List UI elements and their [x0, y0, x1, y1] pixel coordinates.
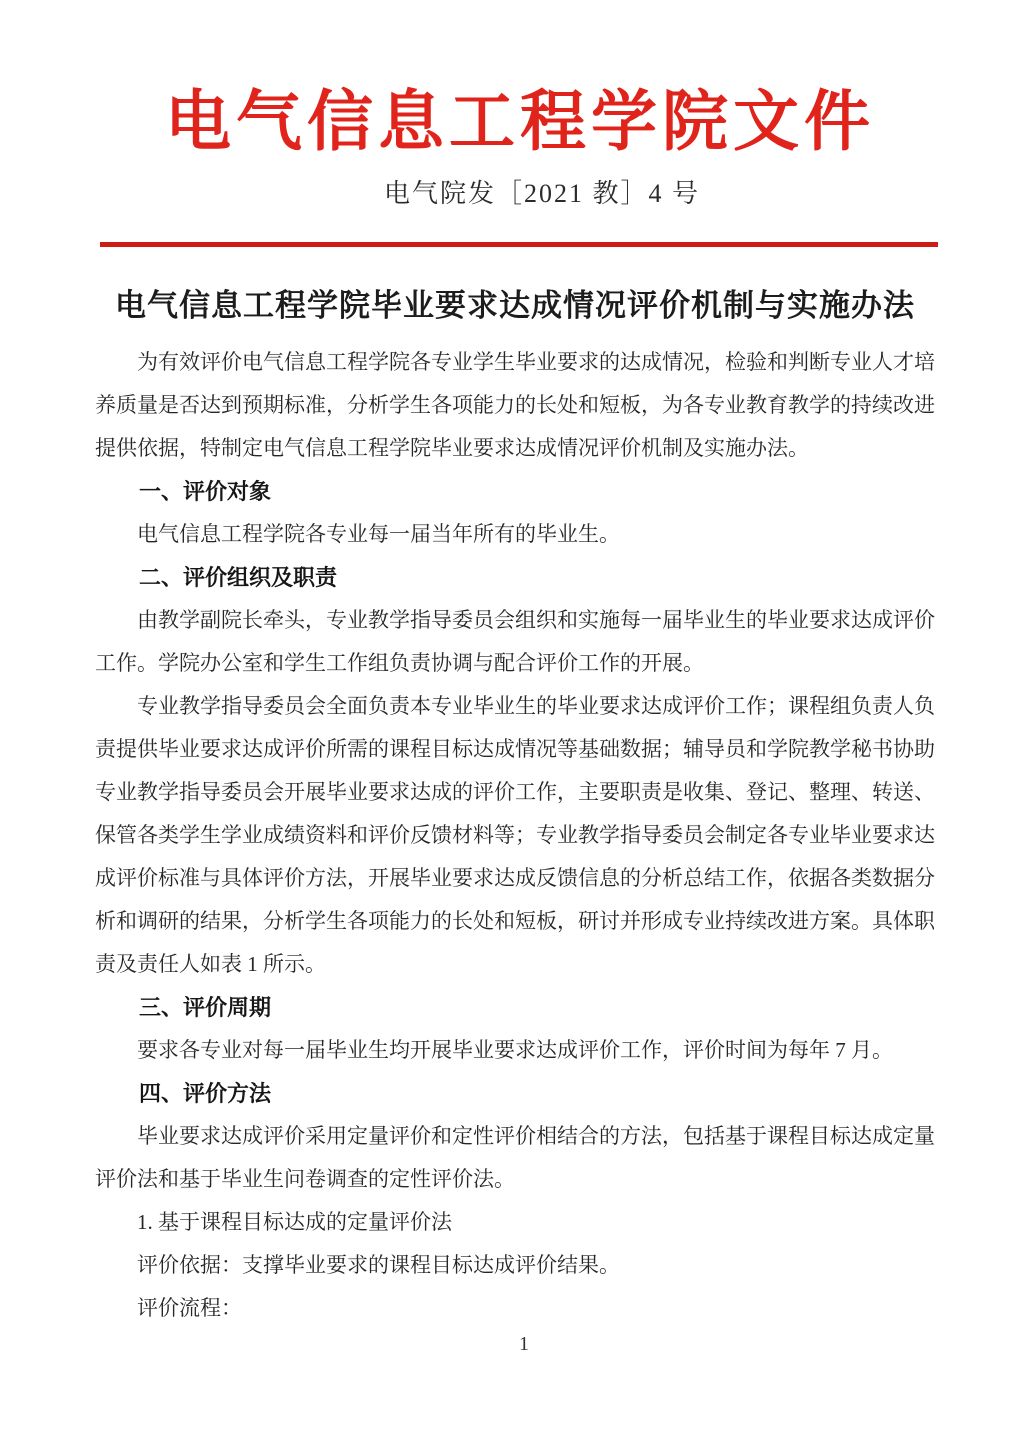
body-paragraph: 评价依据：支撑毕业要求的课程目标达成评价结果。 [95, 1244, 935, 1287]
section-heading: 四、评价方法 [95, 1072, 935, 1115]
body-paragraph: 电气信息工程学院各专业每一届当年所有的毕业生。 [95, 513, 935, 556]
document-number: 电气院发［2021 教］4 号 [30, 176, 1024, 212]
page-title: 电气信息工程学院毕业要求达成情况评价机制与实施办法 [62, 285, 968, 327]
header-divider-rule [100, 242, 938, 247]
document-header: 电气信息工程学院文件 电气院发［2021 教］4 号 [0, 0, 1024, 247]
document-page: 电气信息工程学院文件 电气院发［2021 教］4 号 电气信息工程学院毕业要求达… [0, 0, 1024, 1447]
page-number: 1 [0, 1330, 1024, 1358]
body-paragraph: 毕业要求达成评价采用定量评价和定性评价相结合的方法，包括基于课程目标达成定量评价… [95, 1115, 935, 1201]
body-paragraph: 评价流程： [95, 1287, 935, 1330]
section-heading: 二、评价组织及职责 [95, 556, 935, 599]
section-heading: 一、评价对象 [95, 470, 935, 513]
section-heading: 三、评价周期 [95, 986, 935, 1029]
document-header-title: 电气信息工程学院文件 [8, 82, 1024, 164]
body-paragraph: 要求各专业对每一届毕业生均开展毕业要求达成评价工作，评价时间为每年 7 月。 [95, 1029, 935, 1072]
body-paragraph: 1. 基于课程目标达成的定量评价法 [95, 1201, 935, 1244]
document-body: 为有效评价电气信息工程学院各专业学生毕业要求的达成情况，检验和判断专业人才培养质… [95, 341, 935, 1330]
body-paragraph: 专业教学指导委员会全面负责本专业毕业生的毕业要求达成评价工作；课程组负责人负责提… [95, 685, 935, 986]
body-paragraph: 由教学副院长牵头，专业教学指导委员会组织和实施每一届毕业生的毕业要求达成评价工作… [95, 599, 935, 685]
body-paragraph: 为有效评价电气信息工程学院各专业学生毕业要求的达成情况，检验和判断专业人才培养质… [95, 341, 935, 470]
